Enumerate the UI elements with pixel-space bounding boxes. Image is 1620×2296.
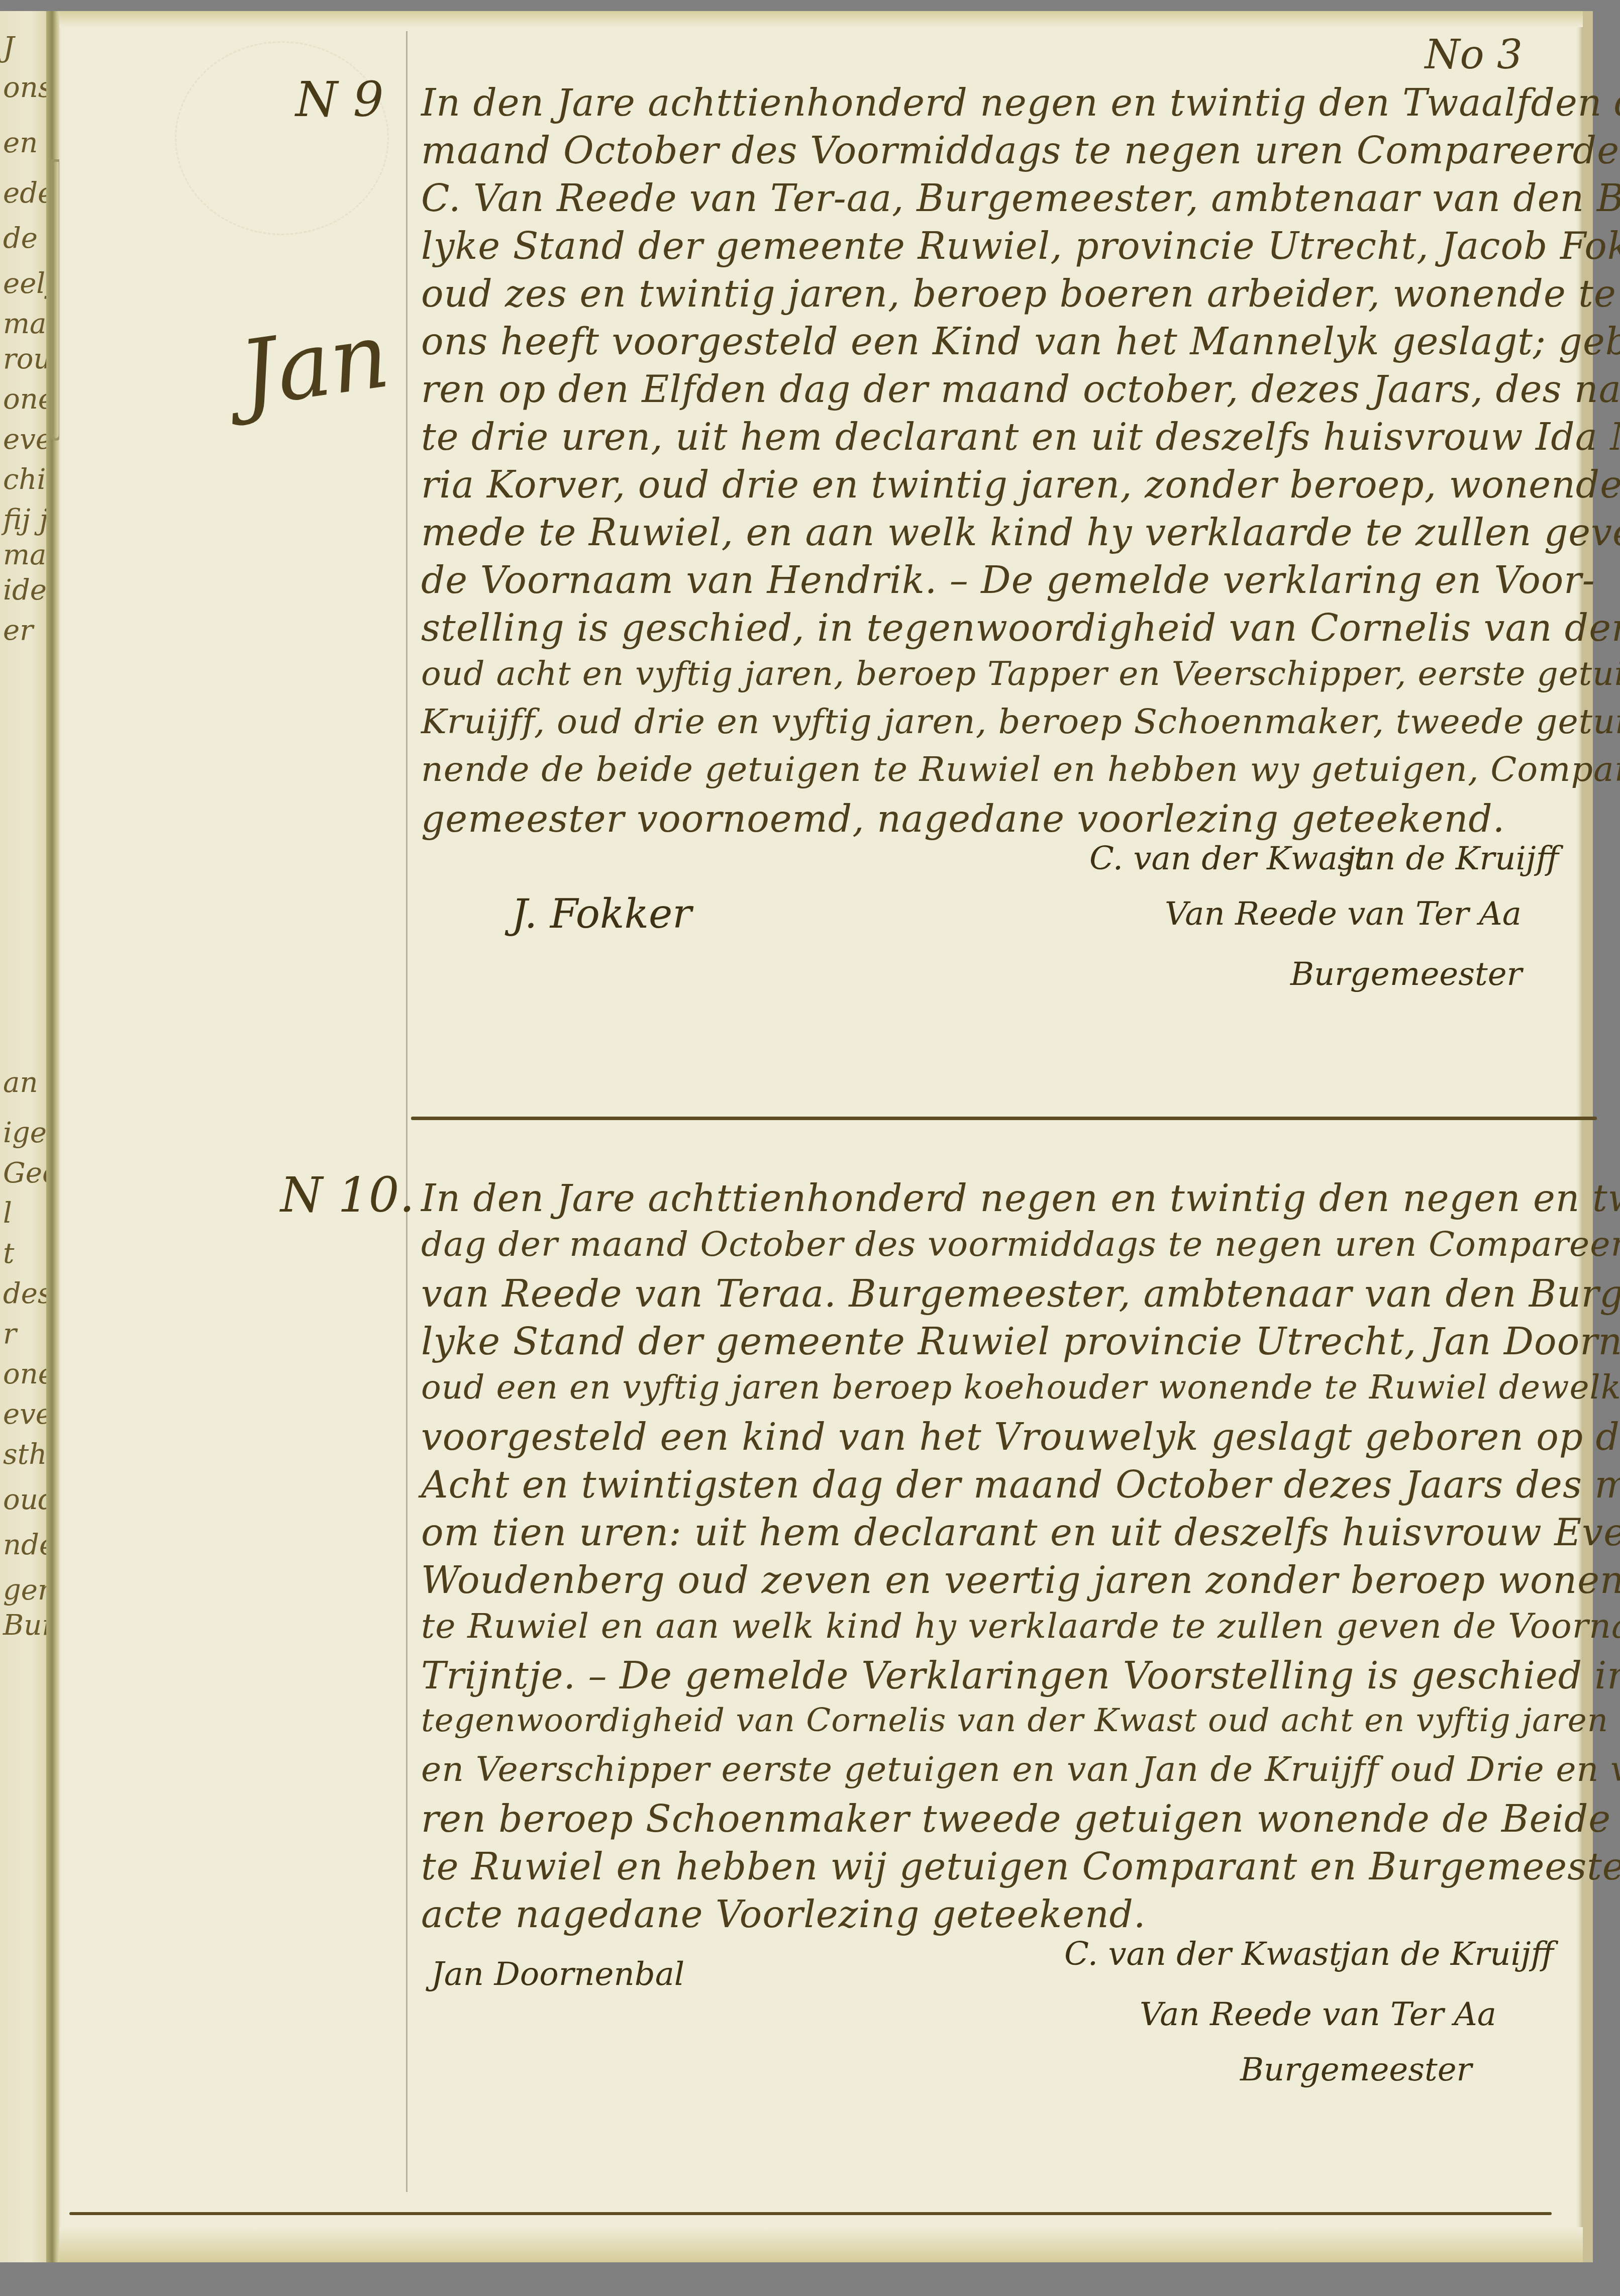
left-fragment: even [3, 423, 50, 456]
entry-line: Trijntje. – De gemelde Verklaringen Voor… [421, 1654, 1620, 1698]
left-fragment: an [3, 1066, 38, 1099]
left-fragment: man [3, 539, 50, 571]
page-number: No 3 [1425, 31, 1523, 78]
signature-mayor: Van Reede van Ter Aa [1140, 1996, 1496, 2033]
entry-line: om tien uren: uit hem declarant en uit d… [421, 1511, 1620, 1554]
register-page: No 3 Jan N 9 In den Jare achttienhonderd… [59, 11, 1593, 2262]
left-fragment: iden [3, 574, 50, 607]
left-fragment: ons [3, 71, 50, 104]
entry-line: nende de beide getuigen te Ruwiel en heb… [421, 750, 1620, 789]
left-fragment: igen [3, 1117, 50, 1149]
margin-mark: Jan [234, 303, 395, 427]
left-fragment: fij ja [3, 504, 50, 536]
entry-line: oud acht en vyftig jaren, beroep Tapper … [421, 654, 1620, 693]
left-fragment: even [3, 1398, 50, 1431]
left-fragment: maars [3, 308, 50, 340]
left-fragment: ede [3, 177, 50, 210]
entry-line: Acht en twintigsten dag der maand Octobe… [421, 1463, 1620, 1507]
entry-line: van Reede van Teraa. Burgemeester, ambte… [421, 1272, 1620, 1316]
signature-mayor: Van Reede van Ter Aa [1165, 895, 1522, 933]
left-fragment: Gee [3, 1157, 50, 1189]
left-fragment: nde [3, 1529, 50, 1561]
entry-line: ons heeft voorgesteld een Kind van het M… [421, 320, 1620, 363]
embossed-stamp [175, 41, 389, 235]
entry-line: gemeester voornoemd, nagedane voorlezing… [421, 797, 1505, 841]
signature-declarant: J. Fokker [512, 890, 692, 937]
entry-line: acte nagedane Voorlezing geteekend. [421, 1893, 1146, 1936]
entry-line: de Voornaam van Hendrik. – De gemelde ve… [421, 559, 1595, 602]
signature-witness1: C. van der Kwast [1064, 1936, 1342, 1973]
left-fragment: de te [3, 222, 50, 255]
entry-line: mede te Ruwiel, en aan welk kind hy verk… [421, 511, 1620, 554]
left-fragment: t [3, 1237, 15, 1270]
entry-line: voorgesteld een kind van het Vrouwelyk g… [421, 1416, 1620, 1459]
entry-divider [411, 1117, 1597, 1120]
left-fragment: en [3, 127, 38, 159]
signature-witness1: C. van der Kwast [1089, 840, 1367, 877]
left-fragment: r [3, 1318, 17, 1350]
entry-line: C. Van Reede van Ter-aa, Burgemeester, a… [421, 177, 1620, 220]
entry-line: te Ruwiel en aan welk kind hy verklaarde… [421, 1607, 1620, 1646]
signature-witness2: jan de Kruijff [1341, 1936, 1554, 1973]
left-fragment: sthl. [3, 1438, 50, 1471]
entry-line: Kruijff, oud drie en vyftig jaren, beroe… [421, 702, 1620, 742]
left-fragment: l [3, 1197, 12, 1230]
signature-mayor-title: Burgemeester [1240, 2051, 1472, 2088]
left-fragment: J [3, 31, 14, 64]
entry-line: stelling is geschied, in tegenwoordighei… [421, 607, 1620, 650]
signature-declarant: Jan Doornenbal [431, 1956, 684, 1993]
left-fragment: rouw [3, 343, 50, 375]
register-book: J ons en ede de te eelyk maars rouw onen… [0, 11, 1583, 2277]
page-bottom-rule [69, 2212, 1552, 2215]
left-fragment: gen, ar [3, 1574, 50, 1607]
entry-line: oud zes en twintig jaren, beroep boeren … [421, 272, 1620, 316]
left-fragment: chied [3, 463, 50, 496]
entry-line: lyke Stand der gemeente Ruwiel, provinci… [421, 225, 1620, 268]
page-bottom-edge [59, 2227, 1583, 2262]
left-page-edge: J ons en ede de te eelyk maars rouw onen… [0, 11, 50, 2262]
entry-line: Woudenberg oud zeven en veertig jaren zo… [421, 1559, 1620, 1602]
left-fragment: er [3, 614, 33, 647]
left-fragment: Burge [3, 1609, 50, 1642]
entry-line: In den Jare achttienhonderd negen en twi… [421, 81, 1620, 125]
left-fragment: eelyk [3, 267, 50, 300]
entry-line: te Ruwiel en hebben wij getuigen Compara… [421, 1845, 1620, 1888]
entry-line: ren beroep Schoenmaker tweede getuigen w… [421, 1798, 1620, 1841]
left-fragment: onende [3, 1358, 50, 1390]
margin-rule [406, 31, 408, 2192]
entry-line: maand October des Voormiddags te negen u… [421, 129, 1620, 172]
signature-witness2: jan de Kruijff [1346, 840, 1559, 877]
entry-line: tegenwoordigheid van Cornelis van der Kw… [421, 1702, 1620, 1739]
entry-line: lyke Stand der gemeente Ruwiel provincie… [421, 1320, 1620, 1363]
page-top-edge [59, 11, 1583, 27]
left-fragment: onen [3, 383, 50, 416]
entry-number: N 10. [280, 1167, 415, 1223]
signature-mayor-title: Burgemeester [1290, 956, 1522, 993]
entry-line: In den Jare achttienhonderd negen en twi… [421, 1177, 1620, 1220]
entry-line: oud een en vyftig jaren beroep koehouder… [421, 1368, 1620, 1407]
entry-line: dag der maand October des voormiddags te… [421, 1225, 1620, 1264]
entry-line: en Veerschipper eerste getuigen en van J… [421, 1750, 1620, 1789]
entry-number: N 9 [295, 71, 384, 128]
left-fragment: oud [3, 1483, 50, 1516]
left-fragment: des [3, 1277, 50, 1310]
entry-line: ren op den Elfden dag der maand october,… [421, 368, 1620, 411]
entry-line: te drie uren, uit hem declarant en uit d… [421, 416, 1620, 459]
entry-line: ria Korver, oud drie en twintig jaren, z… [421, 463, 1620, 507]
